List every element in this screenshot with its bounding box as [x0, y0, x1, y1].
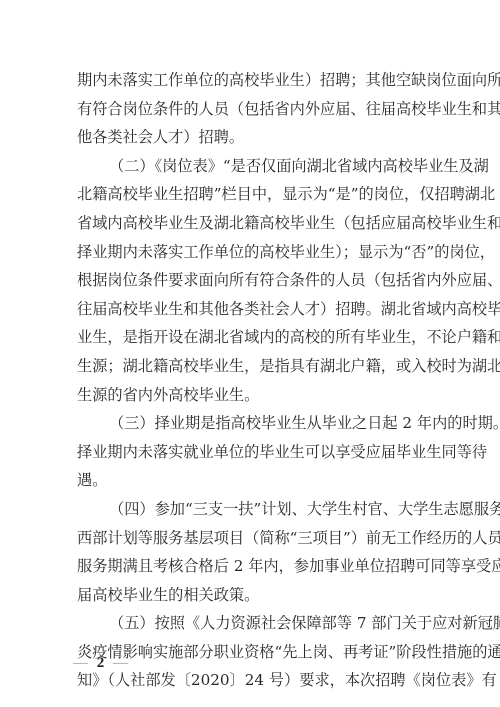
text-line: 有符合岗位条件的人员（包括省内外应届、往届高校毕业生和其	[77, 95, 424, 124]
text-line: 生源的省内外高校毕业生。	[77, 381, 424, 410]
body-text: 期内未落实工作单位的高校毕业生）招聘；其他空缺岗位面向所 有符合岗位条件的人员（…	[77, 66, 424, 695]
text-line: 期内未落实工作单位的高校毕业生）招聘；其他空缺岗位面向所	[77, 66, 424, 95]
text-line: 服务期满且考核合格后 2 年内，参加事业单位招聘可同等享受应	[77, 552, 424, 581]
text-line: 业生，是指开设在湖北省域内的高校的所有毕业生，不论户籍和	[77, 323, 424, 352]
paragraph-2: （二）《岗位表》“是否仅面向湖北省域内高校毕业生及湖 北籍高校毕业生招聘”栏目中…	[77, 152, 424, 409]
text-line: 择业期内未落实就业单位的毕业生可以享受应届毕业生同等待	[77, 438, 424, 467]
page-number-value: 2	[97, 655, 105, 671]
text-line: 省域内高校毕业生及湖北籍高校毕业生（包括应届高校毕业生和	[77, 209, 424, 238]
text-line: （二）《岗位表》“是否仅面向湖北省域内高校毕业生及湖	[77, 152, 424, 181]
text-line: 往届高校毕业生和其他各类社会人才）招聘。湖北省域内高校毕	[77, 295, 424, 324]
text-line: （五）按照《人力资源社会保障部等 7 部门关于应对新冠肺	[77, 609, 424, 638]
document-page: 期内未落实工作单位的高校毕业生）招聘；其他空缺岗位面向所 有符合岗位条件的人员（…	[0, 0, 500, 707]
page-number: — 2 —	[73, 655, 128, 672]
paragraph-3: （三）择业期是指高校毕业生从毕业之日起 2 年内的时期。 择业期内未落实就业单位…	[77, 409, 424, 495]
text-line: 择业期内未落实工作单位的高校毕业生）；显示为“否”的岗位，	[77, 238, 424, 267]
text-line: （四）参加“三支一扶”计划、大学生村官、大学生志愿服务	[77, 495, 424, 524]
text-line: 生源；湖北籍高校毕业生，是指具有湖北户籍，或入校时为湖北	[77, 352, 424, 381]
paragraph-5: （五）按照《人力资源社会保障部等 7 部门关于应对新冠肺 炎疫情影响实施部分职业…	[77, 609, 424, 695]
text-line: 根据岗位条件要求面向所有符合条件的人员（包括省内外应届、	[77, 266, 424, 295]
page-number-dash-right: —	[113, 655, 128, 671]
text-line: 北籍高校毕业生招聘”栏目中，显示为“是”的岗位，仅招聘湖北	[77, 180, 424, 209]
text-line: 知》（人社部发〔2020〕24 号）要求，本次招聘《岗位表》有	[77, 666, 424, 695]
page-number-dash-left: —	[73, 655, 88, 671]
text-line: 西部计划等服务基层项目（简称“三项目”）前无工作经历的人员，	[77, 524, 424, 553]
text-line: 炎疫情影响实施部分职业资格“先上岗、再考证”阶段性措施的通	[77, 638, 424, 667]
text-line: 遇。	[77, 466, 424, 495]
paragraph-4: （四）参加“三支一扶”计划、大学生村官、大学生志愿服务 西部计划等服务基层项目（…	[77, 495, 424, 609]
paragraph-continued: 期内未落实工作单位的高校毕业生）招聘；其他空缺岗位面向所 有符合岗位条件的人员（…	[77, 66, 424, 152]
text-line: 届高校毕业生的相关政策。	[77, 581, 424, 610]
text-line: 他各类社会人才）招聘。	[77, 123, 424, 152]
text-line: （三）择业期是指高校毕业生从毕业之日起 2 年内的时期。	[77, 409, 424, 438]
